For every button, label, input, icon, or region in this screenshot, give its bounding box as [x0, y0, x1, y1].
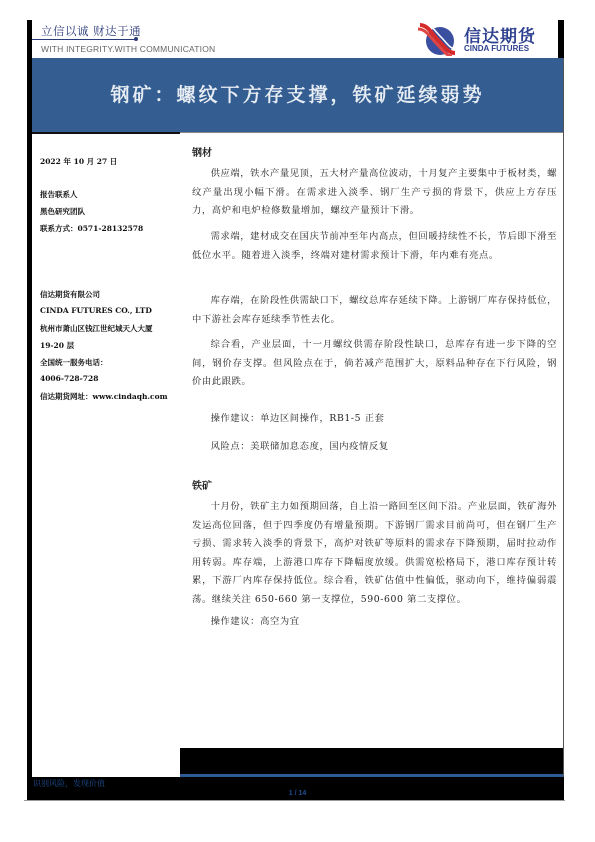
page-number: 1 / 14 [0, 790, 595, 797]
cinda-futures-logo: 信达期货 CINDA FUTURES [418, 20, 558, 56]
footer-bottom-line [24, 800, 565, 801]
header-slogan-cn: 立信以诚 财达于通 [41, 23, 141, 39]
footer-black-band [180, 748, 563, 775]
page-title: 钢矿：螺纹下方存支撑，铁矿延续弱势 [32, 58, 563, 132]
footer-slogan: 识别风险，发现价值 [33, 778, 105, 789]
title-underline-left [32, 132, 180, 134]
slogan-dot [134, 37, 138, 41]
slogan-underline [32, 39, 137, 40]
contact-phone: 联系方式：0571-28132578 [40, 223, 143, 234]
title-banner: 钢矿：螺纹下方存支撑，铁矿延续弱势 [32, 58, 563, 132]
section-title-steel: 钢材 [192, 144, 212, 159]
logo-text-en: CINDA FUTURES [464, 44, 529, 53]
header-slogan-en: WITH INTEGRITY.WITH COMMUNICATION [41, 44, 215, 54]
steel-risk-points: 风险点：美联储加息态度，国内疫情反复 [192, 438, 389, 452]
company-address: 杭州市萧山区钱江世纪城天人大厦 [40, 323, 153, 334]
right-page-border [563, 50, 564, 800]
section-title-iron-ore: 铁矿 [192, 477, 212, 492]
hotline-label: 全国统一服务电话： [40, 357, 108, 368]
cinda-wave-logo-icon [418, 22, 456, 56]
steel-inventory-paragraph: 库存端，在阶段性供需缺口下，螺纹总库存延续下降。上游钢厂库存保持低位，中下游社会… [192, 292, 557, 329]
title-underline-right [180, 132, 563, 133]
research-team: 黑色研究团队 [40, 206, 85, 217]
steel-demand-paragraph: 需求端，建材成交在国庆节前冲至年内高点，但回暖持续性不长，节后即下滑至低位水平。… [192, 228, 557, 265]
iron-ore-operation-advice: 操作建议：高空为宜 [192, 613, 300, 627]
left-page-border [27, 20, 32, 800]
company-name-cn: 信达期货有限公司 [40, 289, 100, 300]
company-website: 信达期货网址：www.cindaqh.com [40, 391, 168, 402]
report-date: 2022 年 10 月 27 日 [40, 156, 117, 167]
steel-operation-advice: 操作建议：单边区间操作，RB1-5 正套 [192, 410, 385, 424]
iron-ore-paragraph: 十月份，铁矿主力如预期回落，自上沿一路回至区间下沿。产业层面，铁矿海外发运高位回… [192, 498, 557, 610]
company-address-floor: 19-20 层 [40, 340, 74, 351]
hotline-number: 4006-728-728 [40, 374, 98, 383]
header-right-bar [558, 20, 564, 58]
steel-supply-paragraph: 供应端，铁水产量见顶，五大材产量高位波动，十月复产主要集中于板材类，螺纹产量出现… [192, 165, 557, 221]
steel-summary-paragraph: 综合看，产业层面，十一月螺纹供需存阶段性缺口，总库存有进一步下降的空间，钢价存支… [192, 336, 557, 392]
company-name-en: CINDA FUTURES CO., LTD [40, 306, 152, 315]
contact-label: 报告联系人 [40, 189, 78, 200]
